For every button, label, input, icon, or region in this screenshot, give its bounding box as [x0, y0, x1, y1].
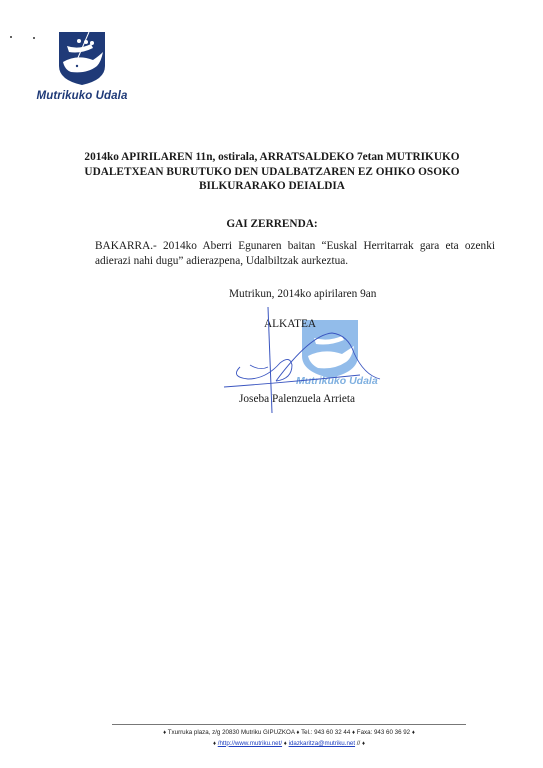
- diamond-icon: ♦: [352, 730, 355, 736]
- municipal-logo: Mutrikuko Udala: [22, 30, 142, 86]
- document-title: 2014ko APIRILAREN 11n, ostirala, ARRATSA…: [60, 150, 484, 194]
- title-line: 2014ko APIRILAREN 11n, ostirala, ARRATSA…: [60, 150, 484, 165]
- title-line: UDALETXEAN BURUTUKO DEN UDALBATZAREN EZ …: [60, 165, 484, 180]
- coat-of-arms-icon: [57, 30, 107, 86]
- agenda-heading: GAI ZERRENDA:: [60, 218, 484, 230]
- email-link[interactable]: idazkaritza@mutriku.net: [289, 740, 355, 747]
- footer-suffix: //: [357, 740, 360, 747]
- place-date: Mutrikun, 2014ko apirilaren 9an: [229, 288, 376, 300]
- footer-address: Txurruka plaza, z/g 20830 Mutriku GIPUZK…: [168, 729, 295, 736]
- footer-divider: [112, 724, 466, 725]
- diamond-icon: ♦: [163, 730, 166, 736]
- stamp-text: Mutrikuko Udala: [296, 375, 378, 387]
- diamond-icon: ♦: [296, 730, 299, 736]
- footer-fax: Faxa: 943 60 36 92: [357, 729, 410, 736]
- website-link[interactable]: /http://www.mutriku.net/: [218, 740, 282, 747]
- footer-phone: Tel.: 943 60 32 44: [301, 729, 350, 736]
- diamond-icon: ♦: [412, 730, 415, 736]
- diamond-icon: ♦: [284, 741, 287, 747]
- role-label: ALKATEA: [264, 318, 316, 330]
- footer: ♦ Txurruka plaza, z/g 20830 Mutriku GIPU…: [112, 728, 466, 749]
- signatory-name: Joseba Palenzuela Arrieta: [239, 393, 355, 405]
- diamond-icon: ♦: [213, 741, 216, 747]
- agenda-item: BAKARRA.- 2014ko Aberri Egunaren baitan …: [95, 239, 495, 268]
- title-line: BILKURARAKO DEIALDIA: [60, 179, 484, 194]
- diamond-icon: ♦: [362, 741, 365, 747]
- scan-speck: [10, 36, 12, 38]
- logo-text: Mutrikuko Udala: [22, 90, 142, 102]
